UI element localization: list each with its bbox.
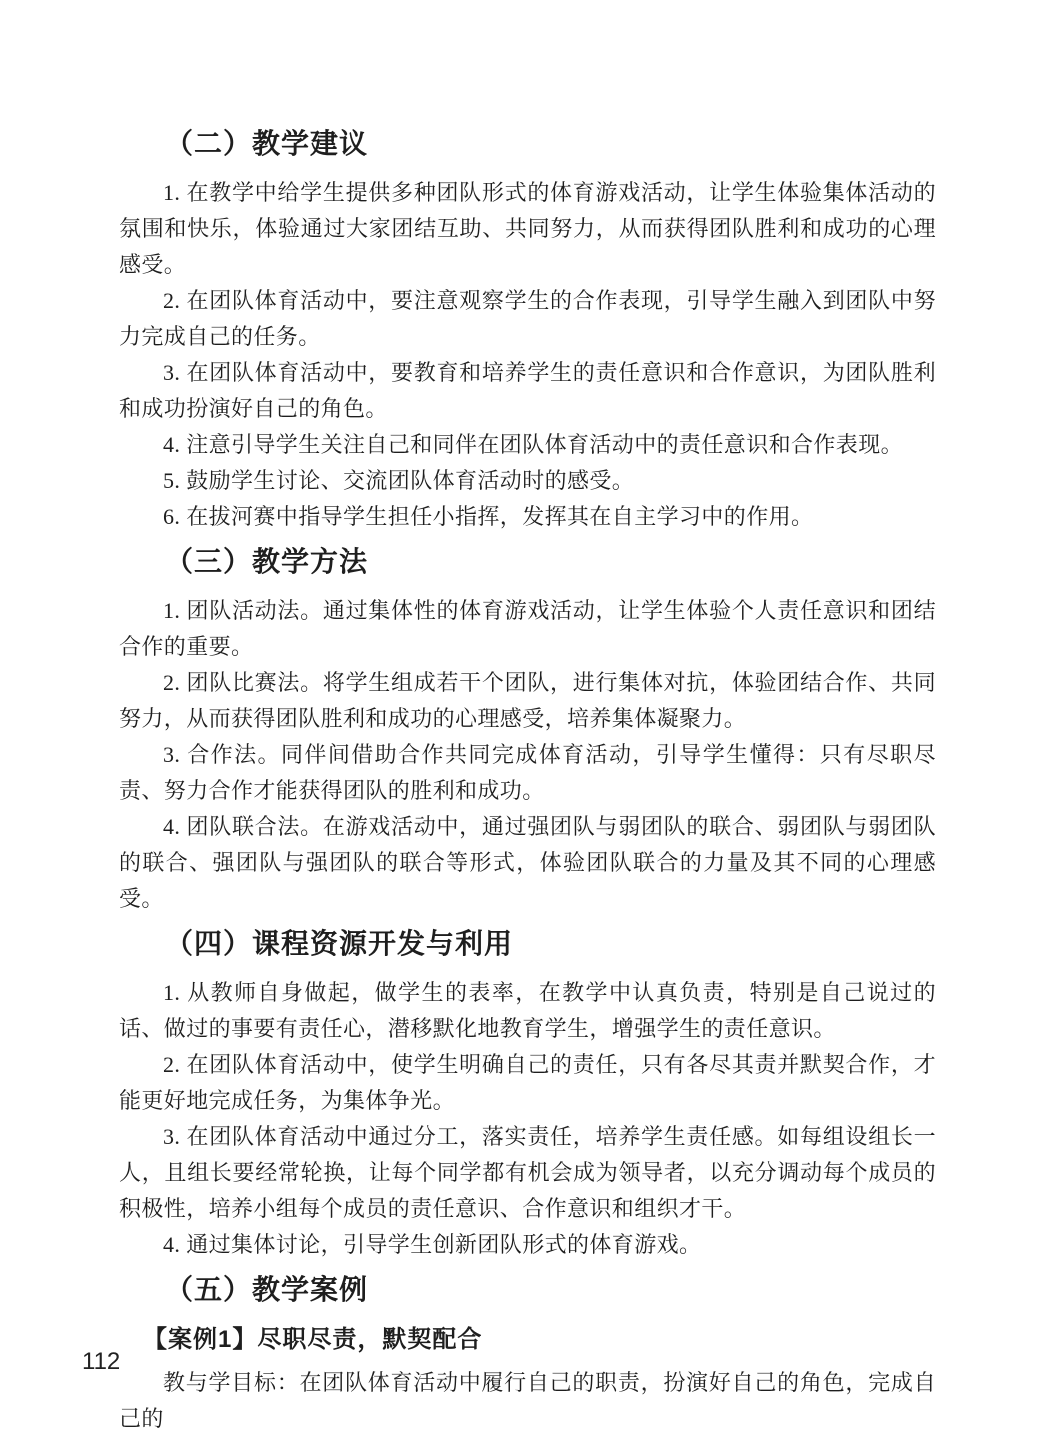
paragraph: 1. 从教师自身做起，做学生的表率，在教学中认真负责，特别是自己说过的话、做过的… [119,975,936,1047]
section-heading-teaching-methods: （三）教学方法 [119,545,936,581]
paragraph: 5. 鼓励学生讨论、交流团队体育活动时的感受。 [119,463,936,499]
document-page: （二）教学建议 1. 在教学中给学生提供多种团队形式的体育游戏活动，让学生体验集… [0,0,1038,1452]
section-heading-curriculum-resources: （四）课程资源开发与利用 [119,927,936,963]
paragraph: 4. 团队联合法。在游戏活动中，通过强团队与弱团队的联合、弱团队与弱团队的联合、… [119,809,936,917]
section-heading-teaching-suggestions: （二）教学建议 [119,127,936,163]
paragraph: 4. 注意引导学生关注自己和同伴在团队体育活动中的责任意识和合作表现。 [119,427,936,463]
paragraph: 6. 在拔河赛中指导学生担任小指挥，发挥其在自主学习中的作用。 [119,499,936,535]
section-heading-teaching-cases: （五）教学案例 [119,1273,936,1309]
paragraph: 3. 在团队体育活动中，要教育和培养学生的责任意识和合作意识，为团队胜利和成功扮… [119,355,936,427]
paragraph: 3. 合作法。同伴间借助合作共同完成体育活动，引导学生懂得：只有尽职尽责、努力合… [119,737,936,809]
paragraph: 2. 团队比赛法。将学生组成若干个团队，进行集体对抗，体验团结合作、共同努力，从… [119,665,936,737]
paragraph: 1. 在教学中给学生提供多种团队形式的体育游戏活动，让学生体验集体活动的氛围和快… [119,175,936,283]
case-title: 【案例1】尽职尽责，默契配合 [119,1323,936,1357]
page-number: 112 [82,1348,120,1376]
case-body-paragraph: 教与学目标：在团队体育活动中履行自己的职责，扮演好自己的角色，完成自己的 [119,1365,936,1437]
paragraph: 2. 在团队体育活动中，要注意观察学生的合作表现，引导学生融入到团队中努力完成自… [119,283,936,355]
paragraph: 4. 通过集体讨论，引导学生创新团队形式的体育游戏。 [119,1227,936,1263]
page-content: （二）教学建议 1. 在教学中给学生提供多种团队形式的体育游戏活动，让学生体验集… [119,0,936,1437]
paragraph: 1. 团队活动法。通过集体性的体育游戏活动，让学生体验个人责任意识和团结合作的重… [119,593,936,665]
paragraph: 2. 在团队体育活动中，使学生明确自己的责任，只有各尽其责并默契合作，才能更好地… [119,1047,936,1119]
paragraph: 3. 在团队体育活动中通过分工，落实责任，培养学生责任感。如每组设组长一人，且组… [119,1119,936,1227]
